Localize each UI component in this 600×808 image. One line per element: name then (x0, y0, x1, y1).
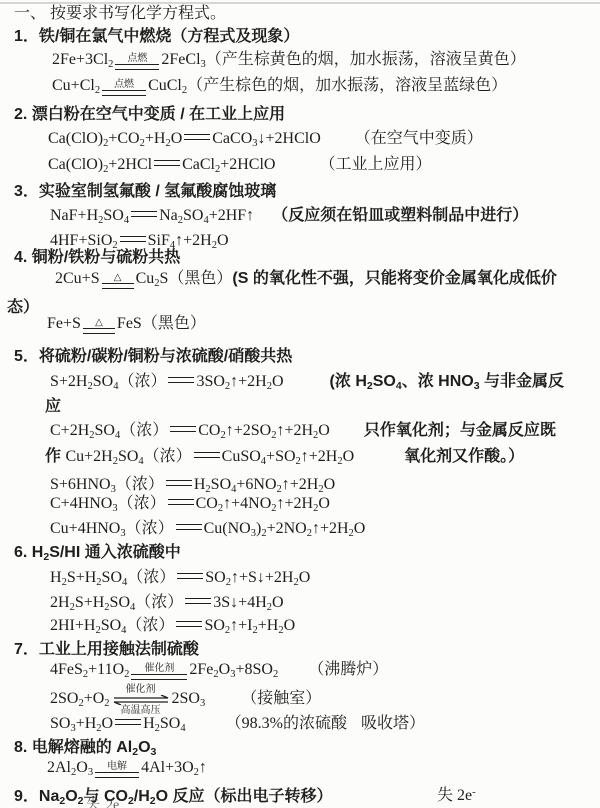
text-run: 失 (86, 798, 100, 808)
text-run: S+2H (50, 373, 87, 390)
text-run: Ca(ClO) (48, 156, 103, 173)
spacer (354, 460, 404, 461)
text-run: O (354, 520, 366, 537)
heading-3: 3．实验室制氢氟酸 / 氢氟酸腐蚀玻璃 (14, 182, 276, 202)
text-run: +H (258, 617, 279, 634)
spacer (205, 702, 241, 703)
text-run: （浓） (144, 448, 192, 465)
text-run: /H (134, 788, 150, 805)
double-line (102, 90, 146, 96)
subscript: 2 (108, 59, 113, 70)
text-run: +2HCl (108, 156, 152, 173)
heading-1: 1．铁/铜在氯气中燃烧（方程式及现象） (14, 27, 299, 47)
text-run: CaCO (212, 130, 252, 147)
condition-label: 点燃 (115, 53, 159, 64)
text-run: SO (103, 207, 123, 224)
equation-2h2s-h2so4: 2H2S+H2SO4（浓）3S↓+4H2O (50, 593, 284, 613)
text-run: O (272, 594, 284, 611)
text-run: （沸腾炉） (308, 661, 388, 678)
spacer (275, 168, 319, 169)
spacer (347, 727, 361, 728)
text-run: ↑+4NO (223, 495, 271, 512)
double-equals (176, 524, 202, 530)
equation-bleach-hcl: Ca(ClO)2+2HClCaCl2+2HClO（工业上应用） (48, 155, 431, 175)
electron-transfer-overlay: 失2e (86, 796, 119, 808)
subscript: 2 (124, 669, 129, 680)
double-equals (177, 573, 203, 579)
text-run: 3S↓+4H (213, 594, 266, 611)
text-run: O (318, 495, 330, 512)
text-run: Cu+Cl (52, 77, 95, 94)
text-run: ↑+2H (282, 476, 319, 493)
text-run: +CO (108, 130, 139, 147)
text-run: 2SO (172, 690, 200, 707)
text-run: 吸收塔） (361, 715, 425, 732)
heading-5: 5．将硫粉/碳粉/铜粉与浓硫酸/硝酸共热 (14, 347, 292, 367)
text-run: ↑+2H (277, 495, 314, 512)
text-run: SiF (148, 232, 170, 249)
subscript: 3 (88, 767, 93, 778)
text-run: ↑+2SO (226, 422, 271, 439)
double-line (131, 674, 187, 680)
equation-al2o3: 2Al2O3电解4Al+3O2↑ (47, 758, 207, 778)
text-run: +H (145, 130, 166, 147)
heading-7: 7．工业上用接触法制硫酸 (14, 640, 199, 660)
spacer (321, 142, 355, 143)
text-run: ↓+2HClO (258, 130, 321, 147)
condition-label: 点燃 (102, 79, 146, 90)
text-run: 2Fe+3Cl (52, 51, 108, 68)
spacer (278, 673, 308, 674)
text-run: 8. 电解熔融的 Al (14, 739, 132, 756)
text-run: （接触室） (241, 690, 321, 707)
chemistry-worksheet-page: 一、 按要求书写化学方程式。1．铁/铜在氯气中燃烧（方程式及现象）2Fe+3Cl… (0, 0, 600, 808)
text-run: SO (205, 569, 225, 586)
text-run: 3SO (196, 373, 224, 390)
text-run: O (324, 476, 336, 493)
text-run: Cu(NO (204, 520, 251, 537)
text-run: H (143, 715, 155, 732)
text-run: ↑+2H (175, 232, 212, 249)
superscript: - (472, 787, 476, 798)
double-equals (115, 719, 141, 725)
condition-above-label: 催化剂 (113, 684, 169, 695)
text-run: SO (183, 207, 203, 224)
text-run: O (217, 232, 229, 249)
equation-fe-s: Fe+S△FeS（黑色） (47, 314, 206, 334)
heading-8: 8. 电解熔融的 Al2O3 (14, 738, 156, 758)
spacer (284, 385, 330, 386)
text-run: SO (160, 715, 180, 732)
text-run: 1．铁/铜在氯气中燃烧（方程式及现象） (14, 28, 299, 45)
text-run: (浓 H (330, 373, 367, 390)
text-run: +6NO (236, 476, 276, 493)
text-run: 应 (45, 398, 61, 415)
text-run: C+4HNO (50, 495, 112, 512)
text-run: 2H (50, 594, 70, 611)
text-run: CO (196, 495, 218, 512)
text-run: 7．工业上用接触法制硫酸 (14, 641, 199, 658)
text-run: ↑+2H (230, 373, 267, 390)
condition-label: △ (83, 317, 115, 328)
double-equals (120, 236, 146, 242)
text-run: （浓） (126, 617, 174, 634)
condition-label: 电解 (95, 761, 139, 772)
reaction-condition-equals: △ (83, 317, 115, 334)
text-run: 作 (45, 448, 65, 465)
text-run: O (138, 739, 150, 756)
text-run: +H (76, 715, 97, 732)
text-run: SO (50, 715, 70, 732)
double-line (115, 64, 159, 70)
text-run: O (76, 759, 88, 776)
text-run: O (65, 788, 77, 805)
text-run: SO (101, 617, 121, 634)
intro-line: 一、 按要求书写化学方程式。 (14, 4, 226, 24)
text-run: Na (159, 207, 178, 224)
condition-label: 催化剂 (131, 663, 187, 674)
text-run: +O (84, 690, 105, 707)
double-line (102, 283, 134, 289)
equation-c-hno3: C+4HNO3（浓）CO2↑+4NO2↑+2H2O (50, 494, 330, 514)
text-run: NaF+H (50, 207, 98, 224)
double-equals (131, 211, 157, 217)
double-equals (194, 452, 220, 458)
text-run: 2Cu+S (55, 270, 100, 287)
text-run: 2HI+H (50, 617, 95, 634)
text-run: 4Al+3O (141, 759, 194, 776)
text-run: Cu+4HNO (50, 520, 120, 537)
equation-cu-cl2: Cu+Cl2点燃CuCl2（产生棕色的烟，加水振荡，溶液呈蓝绿色） (52, 76, 507, 96)
text-run: （浓） (116, 476, 164, 493)
double-equals (168, 499, 194, 505)
double-equals (176, 621, 202, 627)
text-run: 6. H (14, 544, 43, 561)
text-run: 一、 按要求书写化学方程式。 (14, 5, 226, 22)
double-equals (184, 134, 210, 140)
text-run: Cu+2H (65, 448, 112, 465)
subscript: 3 (151, 746, 157, 758)
equation-s-hno3: S+6HNO3（浓）H2SO4+6NO2↑+2H2O (50, 475, 335, 495)
text-run: （工业上应用） (319, 156, 431, 173)
equation-bleach-air: Ca(ClO)2+CO2+H2OCaCO3↓+2HClO（在空气中变质） (48, 129, 483, 149)
text-run: 5．将硫粉/碳粉/铜粉与浓硫酸/硝酸共热 (14, 348, 292, 365)
text-run: （浓） (118, 373, 166, 390)
heading-9: 9．Na2O2与 CO2/H2O 反应（标出电子转移） (14, 787, 333, 807)
text-run: Ca(ClO) (48, 130, 103, 147)
text-run: 只作氧化剂；与金属反应既 (364, 422, 556, 439)
text-run: （反应须在铅皿或塑料制品中进行） (272, 207, 528, 224)
text-run: 2e (106, 798, 119, 808)
text-run: S（黑色） (160, 270, 233, 287)
equation-so2-so3: 2SO2+O2催化剂高温高压2SO3（接触室） (50, 684, 321, 716)
text-run: （浓） (126, 520, 174, 537)
text-run: Cu (136, 270, 155, 287)
text-run: ↑+I (230, 617, 252, 634)
text-run: 2FeCl (161, 51, 200, 68)
text-run: ↑+2H (276, 422, 313, 439)
reaction-condition-equals: 点燃 (115, 53, 159, 70)
text-run: （浓） (127, 569, 175, 586)
text-run: O (284, 617, 296, 634)
heading-6: 6. H2S/HI 通入浓硫酸中 (14, 543, 181, 563)
text-run: +11O (88, 661, 124, 678)
equation-cu-s: 2Cu+S△Cu2S（黑色）(S 的氧化性不强，只能将变价金属氧化成低价 (55, 269, 557, 289)
subscript: 2 (95, 85, 100, 96)
text-run: O (318, 422, 330, 439)
text-run: 2SO (50, 690, 78, 707)
equation-naf-h2so4: NaF+H2SO4Na2SO4+2HF↑（反应须在铅皿或塑料制品中进行） (50, 206, 528, 226)
text-run: 2. 漂白粉在空气中变质 / 在工业上应用 (14, 106, 285, 123)
text-run: SO (211, 476, 231, 493)
text-run: (S 的氧化性不强，只能将变价金属氧化成低价 (232, 270, 556, 287)
heading-4: 4. 铜粉/铁粉与硫粉共热 (14, 248, 180, 268)
text-run: ↑+2H (301, 448, 338, 465)
text-run: SO (102, 569, 122, 586)
double-line (83, 328, 115, 334)
reaction-condition-equals: 催化剂 (131, 663, 187, 680)
equation-fe-cl2: 2Fe+3Cl2点燃2FeCl3（产生棕黄色的烟，加水振荡，溶液呈黄色） (52, 50, 526, 70)
reaction-condition-equals: 点燃 (102, 79, 146, 96)
text-run: +2HClO (220, 156, 275, 173)
text-run: CO (198, 422, 220, 439)
equation-h2s-h2so4: H2S+H2SO4（浓）SO2↑+S↓+2H2O (50, 568, 310, 588)
equation-c-h2so4: C+2H2SO4（浓）CO2↑+2SO2↑+2H2O只作氧化剂；与金属反应既 (50, 421, 556, 441)
subscript: 4 (180, 723, 185, 734)
spacer (186, 727, 226, 728)
equation-hi-h2so4: 2HI+H2SO4（浓）SO2↑+I2+H2O (50, 616, 295, 636)
text-run: SO (95, 422, 115, 439)
text-run: CuCl (148, 77, 182, 94)
text-run: 3．实验室制氢氟酸 / 氢氟酸腐蚀玻璃 (14, 183, 276, 200)
text-run: ↑ (199, 759, 207, 776)
text-run: 、浓 HNO (402, 373, 474, 390)
heading-2: 2. 漂白粉在空气中变质 / 在工业上应用 (14, 105, 285, 125)
text-run: （在空气中变质） (355, 130, 483, 147)
text-run: 2Fe (189, 661, 213, 678)
text-run: （产生棕色的烟，加水振荡，溶液呈蓝绿色） (187, 77, 507, 94)
text-run: +8SO (235, 661, 272, 678)
text-run: 4. 铜粉/铁粉与硫粉共热 (14, 249, 180, 266)
reaction-condition-equals: △ (102, 272, 134, 289)
text-run: FeS（黑色） (117, 315, 206, 332)
text-run: 9．Na (14, 788, 59, 805)
text-run: S+H (67, 569, 96, 586)
text-run: （产生棕黄色的烟，加水振荡，溶液呈黄色） (206, 51, 526, 68)
text-run: H (194, 476, 206, 493)
text-run: 态） (7, 299, 39, 316)
equilibrium-arrows-icon (113, 695, 169, 705)
text-run: S+6HNO (50, 476, 111, 493)
text-run: CuSO (222, 448, 261, 465)
text-run: ↑+2H (312, 520, 349, 537)
text-run: +SO (266, 448, 295, 465)
equation-so3-h2o: SO3+H2OH2SO4（98.3%的浓硫酸吸收塔） (50, 714, 425, 734)
double-equals (168, 377, 194, 383)
text-run: SO (110, 594, 130, 611)
electron-transfer-note: 失 2e- (437, 786, 476, 806)
wrap-tai: 态） (7, 298, 39, 318)
double-equals (185, 598, 211, 604)
text-run: +2NO (267, 520, 307, 537)
double-line (95, 772, 139, 778)
text-run: SO (118, 448, 138, 465)
equation-cu-h2so4: 作 Cu+2H2SO4（浓）CuSO4+SO2↑+2H2O氧化剂又作酸。） (45, 447, 524, 467)
spacer (330, 434, 364, 435)
text-run: O (299, 569, 311, 586)
subscript: 4 (124, 215, 129, 226)
equation-fes2-roast: 4FeS2+11O2催化剂2Fe2O3+8SO2（沸腾炉） (50, 660, 388, 680)
text-run: 失 2e (437, 787, 472, 804)
wrap-ying: 应 (45, 397, 61, 417)
text-run: 4FeS (50, 661, 83, 678)
subscript: 2 (273, 669, 278, 680)
text-run: （浓） (135, 594, 183, 611)
double-equals (166, 480, 192, 486)
text-run: O 反应（标出电子转移） (156, 788, 333, 805)
text-run: （浓） (118, 495, 166, 512)
text-run: O (171, 130, 183, 147)
text-run: SO (93, 373, 113, 390)
double-equals (170, 426, 196, 432)
text-run: 4HF+SiO (50, 232, 112, 249)
text-run: 氧化剂又作酸。） (404, 448, 524, 465)
text-run: O (102, 715, 114, 732)
text-run: SO (204, 617, 224, 634)
subscript: 2 (104, 698, 109, 709)
text-run: （98.3%的浓硫酸 (226, 715, 347, 732)
text-run: Fe+S (47, 315, 81, 332)
condition-label: △ (102, 272, 134, 283)
spacer (254, 219, 272, 220)
text-run: O (219, 661, 231, 678)
text-run: O (343, 448, 355, 465)
text-run: 2Al (47, 759, 71, 776)
text-run: C+2H (50, 422, 89, 439)
text-run: SO (373, 373, 396, 390)
equation-cu-hno3: Cu+4HNO3（浓）Cu(NO3)2+2NO2↑+2H2O (50, 519, 365, 539)
text-run: ↑+S↓+2H (231, 569, 294, 586)
text-run: S/HI 通入浓硫酸中 (49, 544, 181, 561)
text-run: CaCl (182, 156, 215, 173)
text-run: （浓） (120, 422, 168, 439)
text-run: S+H (75, 594, 104, 611)
double-equals (154, 160, 180, 166)
text-run: H (50, 569, 62, 586)
equation-s-h2so4: S+2H2SO4（浓）3SO2↑+2H2O(浓 H2SO4、浓 HNO3 与非金… (50, 372, 564, 392)
text-run: +2HF↑ (209, 207, 254, 224)
reversible-reaction-condition: 催化剂高温高压 (113, 684, 169, 716)
text-run: 与非金属反 (480, 373, 564, 390)
reaction-condition-equals: 电解 (95, 761, 139, 778)
subscript: 3 (200, 698, 205, 709)
text-run: O (272, 373, 284, 390)
